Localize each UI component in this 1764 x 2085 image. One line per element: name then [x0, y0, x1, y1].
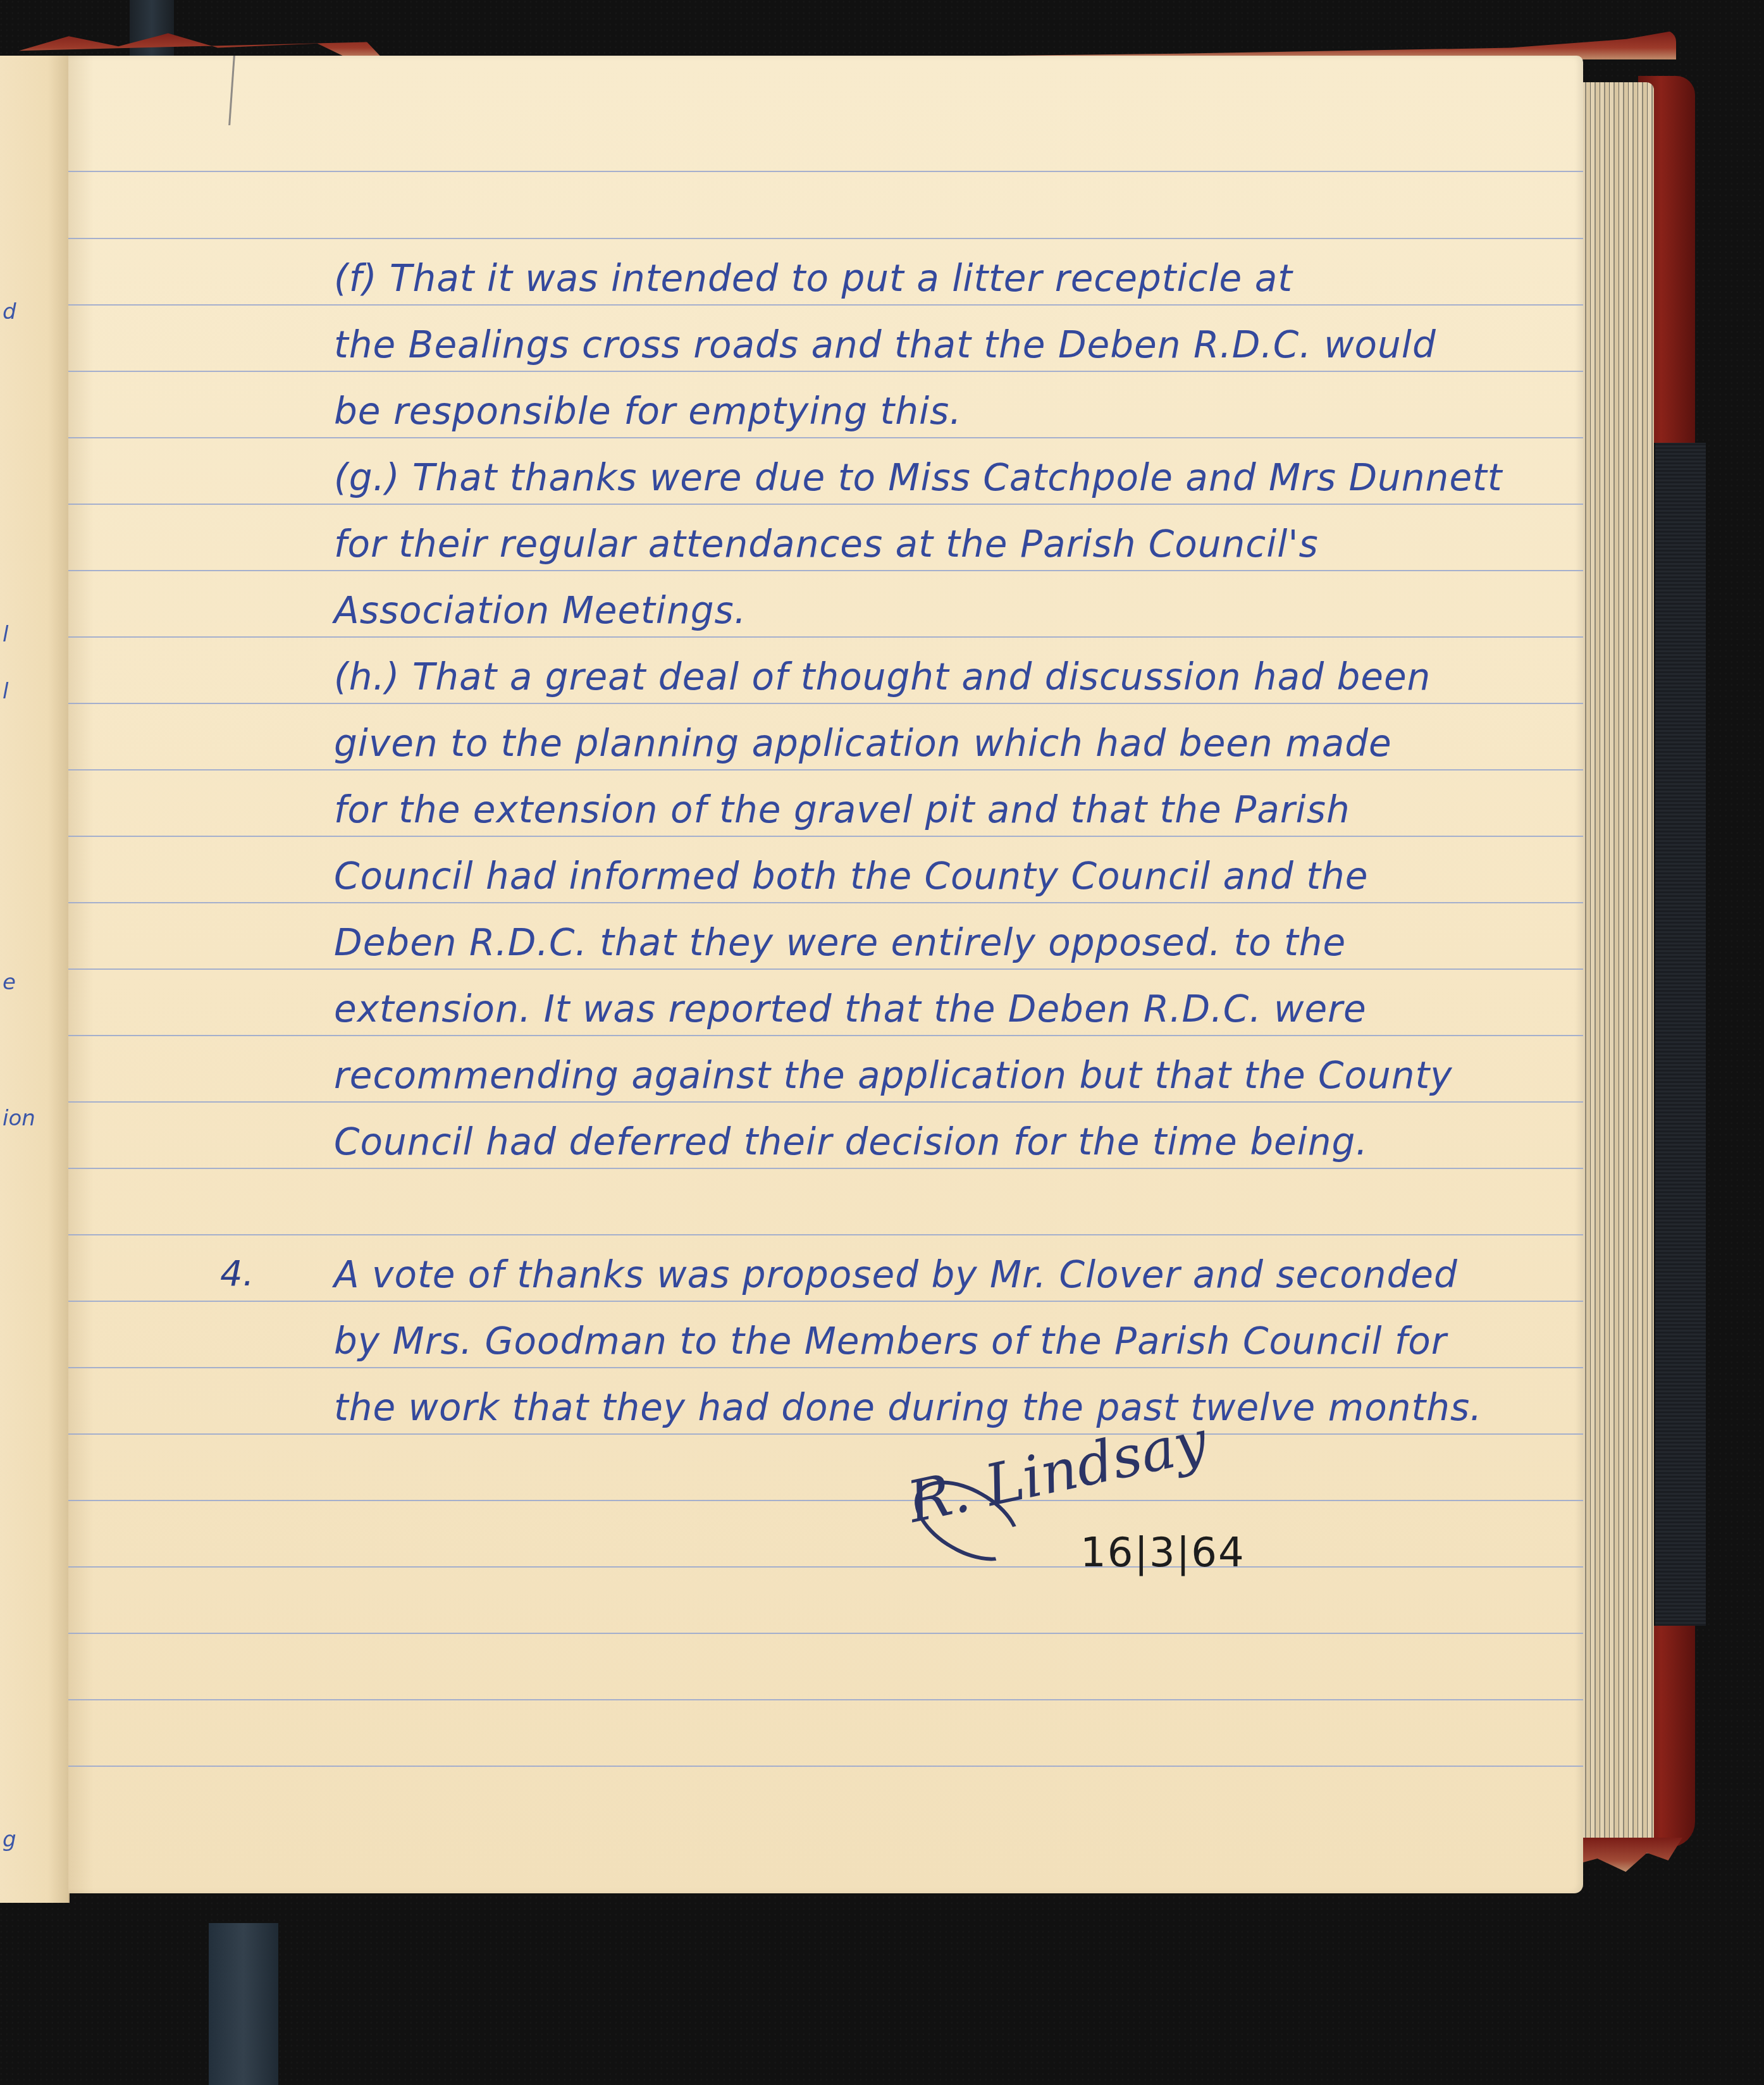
item-f-line-2: the Bealings cross roads and that the De…	[334, 312, 1436, 378]
item-f-line-3: be responsible for emptying this.	[334, 378, 962, 444]
paper-crease	[228, 56, 235, 125]
item-number-4: 4.	[220, 1253, 254, 1294]
item-4-line-2: by Mrs. Goodman to the Members of the Pa…	[334, 1308, 1447, 1374]
item-h-line-7: recommending against the application but…	[334, 1042, 1453, 1108]
left-page-edge: d l l e ion g	[0, 56, 70, 1903]
item-f-line-1: (f) That it was intended to put a litter…	[334, 245, 1293, 311]
book-spine-cloth-right	[1654, 443, 1706, 1626]
ruled-line	[68, 171, 1583, 172]
left-page-fragment: d	[3, 299, 16, 325]
ruled-line	[68, 1566, 1583, 1568]
ruled-line	[68, 1766, 1583, 1767]
left-page-fragment: e	[3, 970, 16, 995]
item-h-line-8: Council had deferred their decision for …	[334, 1109, 1368, 1175]
item-h-line-4: Council had informed both the County Cou…	[334, 843, 1368, 909]
item-4-line-1: A vote of thanks was proposed by Mr. Clo…	[334, 1242, 1458, 1308]
bookmark-ribbon	[209, 1923, 278, 2085]
left-page-fragment: ion	[3, 1106, 35, 1131]
left-page-fragment: g	[3, 1827, 16, 1852]
item-h-line-5: Deben R.D.C. that they were entirely opp…	[334, 910, 1346, 975]
item-4-line-3: the work that they had done during the p…	[334, 1375, 1483, 1440]
left-page-fragment: l	[3, 679, 8, 704]
item-g-line-1: (g.) That thanks were due to Miss Catchp…	[334, 445, 1503, 510]
ruled-line	[68, 238, 1583, 239]
item-g-line-3: Association Meetings.	[334, 578, 746, 643]
ruled-line	[68, 636, 1583, 638]
item-h-line-1: (h.) That a great deal of thought and di…	[334, 644, 1431, 710]
item-h-line-2: given to the planning application which …	[334, 710, 1392, 776]
ruled-line	[68, 1500, 1583, 1501]
ruled-line	[68, 1633, 1583, 1634]
ruled-line	[68, 1699, 1583, 1700]
ruled-line	[68, 1234, 1583, 1235]
item-h-line-6: extension. It was reported that the Debe…	[334, 976, 1367, 1042]
minute-book-page: (f) That it was intended to put a litter…	[68, 56, 1583, 1893]
item-h-line-3: for the extension of the gravel pit and …	[334, 777, 1350, 843]
left-page-fragment: l	[3, 622, 8, 647]
signature-date: 16|3|64	[1080, 1530, 1245, 1576]
item-g-line-2: for their regular attendances at the Par…	[334, 511, 1319, 577]
